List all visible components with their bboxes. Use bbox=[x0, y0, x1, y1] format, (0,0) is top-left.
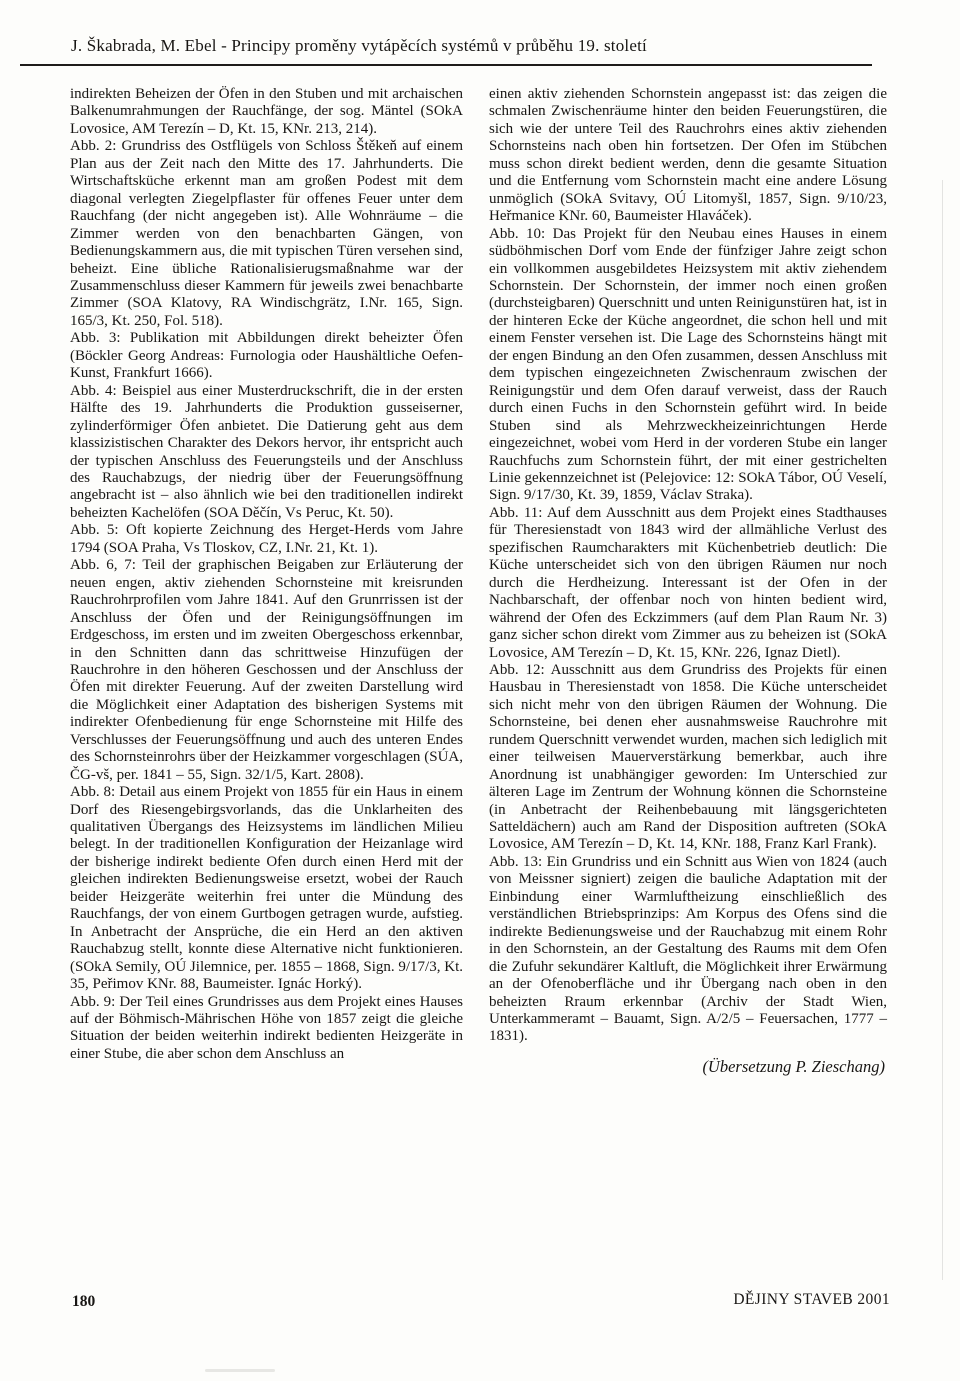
scan-artifact-right-edge bbox=[942, 180, 943, 1280]
paragraph: Abb. 9: Der Teil eines Grundrisses aus d… bbox=[70, 994, 463, 1064]
paragraph: Abb. 13: Ein Grundriss und ein Schnitt a… bbox=[489, 854, 887, 1046]
paragraph: indirekten Beheizen der Öfen in den Stub… bbox=[70, 86, 463, 138]
paragraph: Abb. 10: Das Projekt für den Neubau eine… bbox=[489, 226, 887, 505]
left-column: indirekten Beheizen der Öfen in den Stub… bbox=[70, 86, 463, 1063]
translation-credit: (Übersetzung P. Zieschang) bbox=[489, 1058, 885, 1075]
journal-title: DĚJINY STAVEB 2001 bbox=[733, 1291, 890, 1309]
running-header: J. Škabrada, M. Ebel - Principy proměny … bbox=[71, 36, 647, 56]
scan-artifact-bottom bbox=[205, 1369, 275, 1372]
paragraph: einen aktiv ziehenden Schornstein angepa… bbox=[489, 86, 887, 226]
paragraph: Abb. 8: Detail aus einem Projekt von 185… bbox=[70, 784, 463, 993]
paragraph: Abb. 6, 7: Teil der graphischen Beigaben… bbox=[70, 557, 463, 784]
header-rule bbox=[20, 64, 872, 66]
paragraph: Abb. 3: Publikation mit Abbildungen dire… bbox=[70, 330, 463, 382]
paragraph: Abb. 4: Beispiel aus einer Musterdrucksc… bbox=[70, 383, 463, 523]
page-number: 180 bbox=[72, 1293, 95, 1311]
paragraph: Abb. 11: Auf dem Ausschnitt aus dem Proj… bbox=[489, 505, 887, 662]
scanned-paper-page: J. Škabrada, M. Ebel - Principy proměny … bbox=[0, 0, 960, 1381]
paragraph: Abb. 2: Grundriss des Ostflügels von Sch… bbox=[70, 138, 463, 330]
paragraph: Abb. 5: Oft kopierte Zeichnung des Herge… bbox=[70, 522, 463, 557]
right-column: einen aktiv ziehenden Schornstein angepa… bbox=[489, 86, 887, 1075]
paragraph: Abb. 12: Ausschnitt aus dem Grundriss de… bbox=[489, 662, 887, 854]
right-column-text: einen aktiv ziehenden Schornstein angepa… bbox=[489, 86, 887, 1046]
